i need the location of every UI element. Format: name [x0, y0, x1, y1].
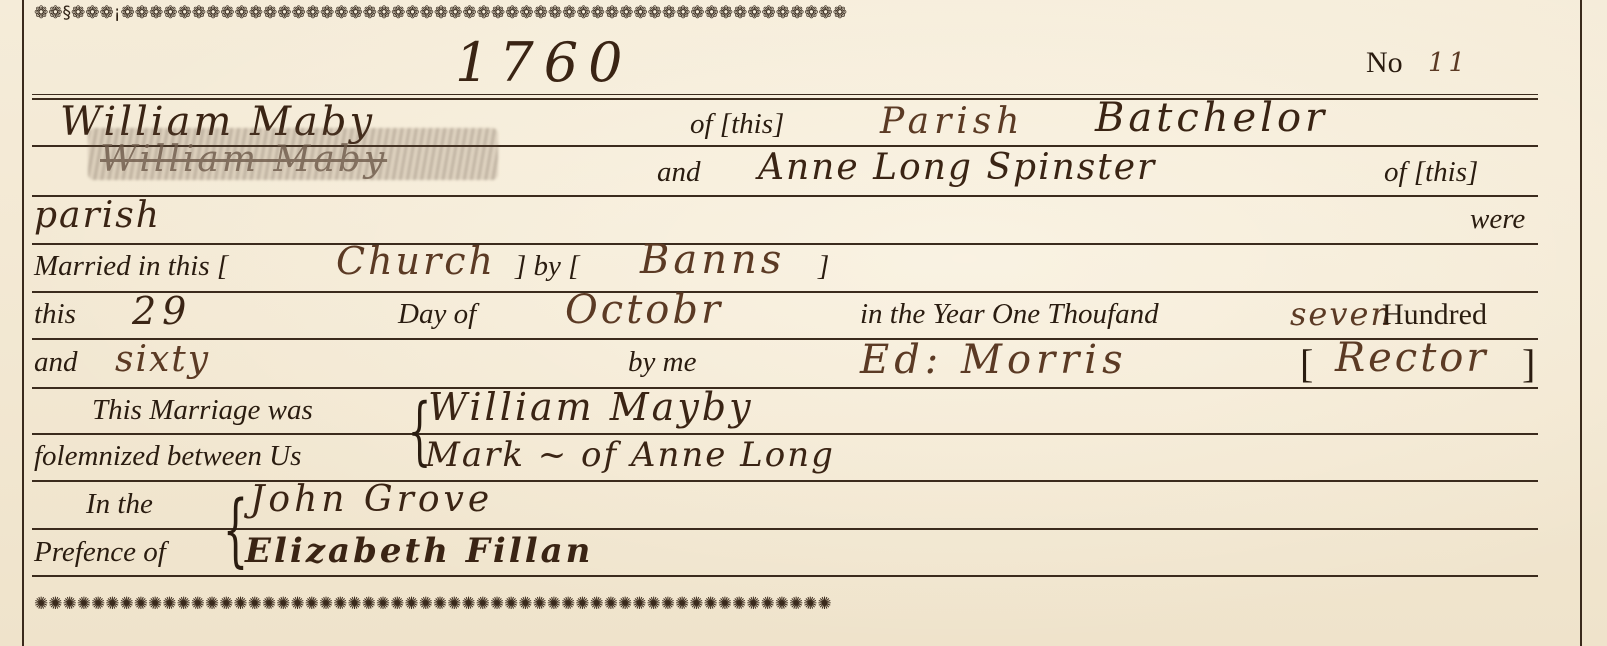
entry-number-label: No	[1366, 46, 1403, 80]
rule-5	[32, 338, 1538, 340]
bottom-ornament-border: ✺✺✺✺✺✺✺✺✺✺✺✺✺✺✺✺✺✺✺✺✺✺✺✺✺✺✺✺✺✺✺✺✺✺✺✺✺✺✺✺…	[34, 594, 1572, 614]
entry-number: 11	[1428, 50, 1469, 76]
struck-out-name: William Maby	[100, 142, 387, 178]
right-border	[1580, 0, 1582, 646]
by-me-label: by me	[628, 348, 696, 377]
were-label: were	[1470, 205, 1525, 234]
groom-of-label: of [this]	[690, 110, 784, 139]
rule-2	[32, 195, 1538, 197]
rector-close-bracket: ]	[1522, 344, 1535, 384]
ceremony-method: Banns	[640, 240, 785, 280]
marriage-was-label: This Marriage was	[92, 396, 313, 425]
rule-10	[32, 575, 1538, 577]
day-value: 29	[132, 292, 192, 330]
top-ornament-border: ❁❁§❁❁❁¡❁❁❁❁❁❁❁❁❁❁❁❁❁❁❁❁❁❁❁❁❁❁❁❁❁❁❁❁❁❁❁❁❁…	[34, 3, 1572, 23]
groom-signature: William Mayby	[428, 388, 754, 426]
entry-year: 1760	[455, 36, 632, 90]
groom-parish: Parish	[880, 104, 1024, 140]
presence-of-label: Prefence of	[34, 538, 166, 567]
month-value: Octobr	[565, 290, 723, 330]
ceremony-place: Church	[336, 242, 496, 280]
year-tens-value: sixty	[115, 342, 210, 378]
rule-4	[32, 291, 1538, 293]
witness-1: John Grove	[250, 482, 493, 518]
officiant-name: Ed: Morris	[860, 340, 1128, 380]
married-in-label: Married in this [	[34, 252, 228, 281]
rule-9	[32, 528, 1538, 530]
rule-6	[32, 387, 1538, 389]
year-label: in the Year One Thoufand	[860, 300, 1159, 329]
in-the-label: In the	[86, 490, 153, 519]
bride-of-label: of [this]	[1384, 158, 1478, 187]
method-close-bracket: ]	[818, 252, 829, 281]
and-label: and	[34, 348, 78, 377]
groom-status: Batchelor	[1095, 98, 1328, 138]
bride-parish: parish	[34, 198, 161, 234]
day-of-label: Day of	[398, 300, 476, 329]
bride-and-label: and	[657, 158, 701, 187]
this-label: this	[34, 300, 76, 329]
bride-name-status: Anne Long Spinster	[758, 150, 1156, 186]
solemnized-between-label: folemnized between Us	[34, 442, 301, 471]
left-border	[22, 0, 24, 646]
bride-mark-signature: Mark ~ of Anne Long	[425, 438, 835, 472]
hundred-label: Hundred	[1382, 300, 1487, 330]
rector-open-bracket: [	[1300, 344, 1313, 384]
witness-2: Elizabeth Fillan	[245, 534, 593, 568]
by-label: ] by [	[515, 252, 579, 281]
officiant-title: Rector	[1335, 338, 1488, 378]
year-hundreds-value: seven	[1290, 298, 1393, 330]
